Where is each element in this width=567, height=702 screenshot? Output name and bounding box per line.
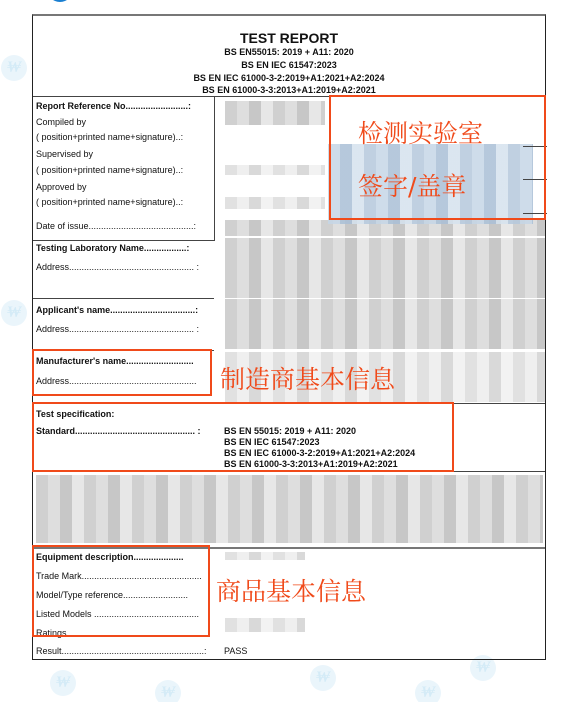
header-standard: BS EN 61000-3-3:2013+A1:2019+A2:2021	[33, 85, 545, 95]
compiled-signature-label: ( position+printed name+signature)..:	[36, 132, 183, 142]
product-annotation: 商品基本信息	[216, 572, 366, 608]
applicant-address-label: Address.................................…	[36, 324, 199, 334]
redacted-supervisor	[225, 165, 325, 175]
date-of-issue-label: Date of issue...........................…	[36, 221, 196, 231]
product-info-highlight	[32, 545, 210, 637]
header-standard: BS EN IEC 61000-3-2:2019+A1:2021+A2:2024	[33, 73, 545, 83]
watermark-icon: ₩	[50, 670, 76, 696]
logo-icon	[47, 0, 73, 2]
redacted-ratings	[225, 618, 305, 632]
watermark-icon: ₩	[1, 55, 27, 81]
redacted-report-number	[225, 101, 325, 125]
watermark-icon: ₩	[1, 300, 27, 326]
redacted-applicant-info	[225, 299, 545, 349]
applicant-name-label: Applicant's name........................…	[36, 305, 198, 315]
compiled-by-label: Compiled by	[36, 117, 86, 127]
header-standard: BS EN55015: 2019 + A11: 2020	[33, 47, 545, 57]
manufacturer-annotation: 制造商基本信息	[220, 360, 395, 396]
divider	[33, 240, 214, 241]
redacted-text-block	[36, 475, 543, 543]
lab-signature-annotation: 签字/盖章	[358, 167, 466, 203]
result-value: PASS	[224, 646, 247, 656]
supervised-by-label: Supervised by	[36, 149, 93, 159]
watermark-icon: ₩	[310, 665, 336, 691]
lab-name-label: Testing Laboratory Name.................…	[36, 243, 189, 253]
header-standard: BS EN IEC 61547:2023	[33, 60, 545, 70]
watermark-icon: ₩	[155, 680, 181, 702]
supervised-signature-label: ( position+printed name+signature)..:	[36, 165, 183, 175]
watermark-icon: ₩	[415, 680, 441, 702]
approved-signature-label: ( position+printed name+signature)..:	[36, 197, 183, 207]
divider	[33, 298, 214, 299]
redacted-approver	[225, 197, 325, 209]
redacted-lab-info	[225, 238, 545, 298]
report-title: TEST REPORT	[33, 30, 545, 46]
approved-by-label: Approved by	[36, 182, 87, 192]
lab-address-label: Address.................................…	[36, 262, 199, 272]
divider	[214, 96, 215, 241]
manufacturer-highlight	[32, 349, 212, 396]
test-spec-highlight	[32, 402, 454, 472]
report-reference-label: Report Reference No.....................…	[36, 101, 191, 111]
lab-signature-annotation: 检测实验室	[358, 114, 483, 150]
redacted-equipment	[225, 552, 305, 560]
result-label: Result..................................…	[36, 646, 207, 656]
